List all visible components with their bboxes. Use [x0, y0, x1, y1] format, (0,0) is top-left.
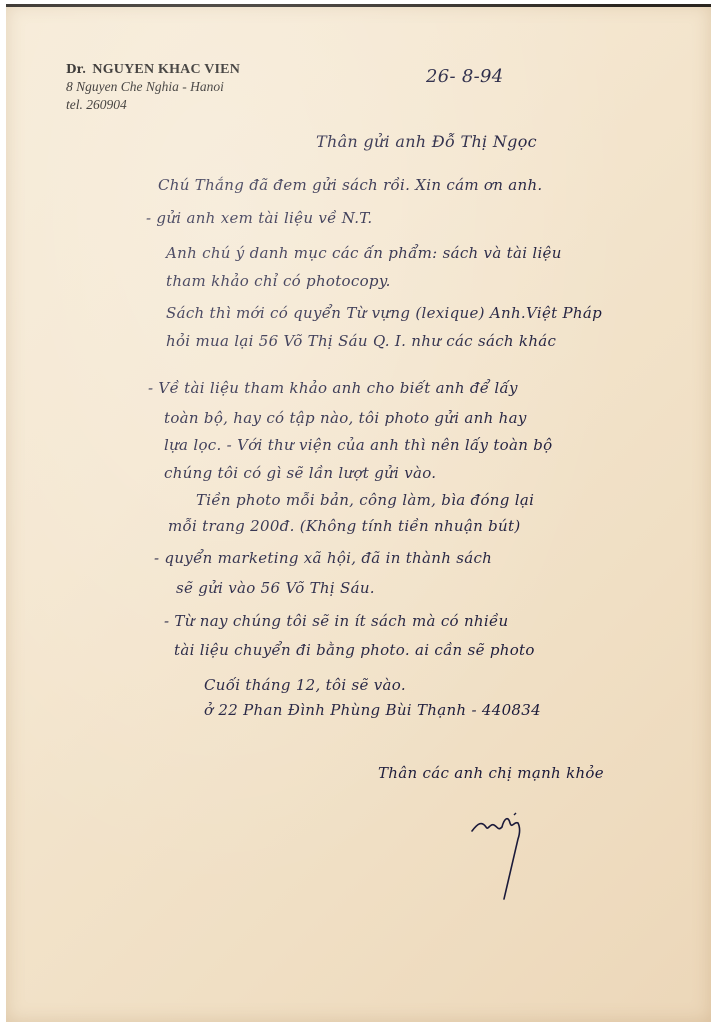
signature — [468, 809, 538, 904]
body-line: lựa lọc. - Với thư viện của anh thì nên … — [164, 436, 553, 454]
letterhead: Dr.NGUYEN KHAC VIEN 8 Nguyen Che Nghia -… — [66, 62, 240, 114]
author-name: NGUYEN KHAC VIEN — [92, 62, 240, 77]
letterhead-name: Dr.NGUYEN KHAC VIEN — [66, 62, 240, 78]
body-line: mỗi trang 200đ. (Không tính tiền nhuận b… — [168, 517, 520, 535]
letter-date: 26- 8-94 — [426, 66, 504, 87]
body-line: toàn bộ, hay có tập nào, tôi photo gửi a… — [164, 409, 527, 427]
body-line: - quyển marketing xã hội, đã in thành sá… — [154, 549, 492, 567]
body-line: Anh chú ý danh mục các ấn phẩm: sách và … — [166, 244, 562, 262]
salutation: Thân gửi anh Đỗ Thị Ngọc — [316, 132, 537, 151]
body-line: - Từ nay chúng tôi sẽ in ít sách mà có n… — [164, 612, 508, 630]
body-line: - Về tài liệu tham khảo anh cho biết anh… — [148, 379, 518, 397]
letterhead-address: 8 Nguyen Che Nghia - Hanoi — [66, 78, 240, 96]
body-line: hỏi mua lại 56 Võ Thị Sáu Q. I. như các … — [166, 332, 556, 350]
body-line: Chú Thắng đã đem gửi sách rồi. Xin cám ơ… — [158, 176, 543, 194]
body-line: tài liệu chuyển đi bằng photo. ai cần sẽ… — [174, 641, 535, 659]
body-line: - gửi anh xem tài liệu về N.T. — [146, 209, 372, 227]
body-line: ở 22 Phan Đình Phùng Bùi Thạnh - 440834 — [204, 701, 541, 719]
name-prefix: Dr. — [66, 62, 86, 76]
body-line: Sách thì mới có quyển Từ vựng (lexique) … — [166, 304, 602, 322]
body-line: tham khảo chỉ có photocopy. — [166, 272, 391, 290]
body-line: sẽ gửi vào 56 Võ Thị Sáu. — [176, 579, 375, 597]
body-line: Tiền photo mỗi bản, công làm, bìa đóng l… — [196, 491, 534, 509]
letter-paper: Dr.NGUYEN KHAC VIEN 8 Nguyen Che Nghia -… — [6, 4, 711, 1022]
closing-line: Thân các anh chị mạnh khỏe — [378, 764, 604, 782]
letterhead-phone: tel. 260904 — [66, 96, 240, 114]
body-line: Cuối tháng 12, tôi sẽ vào. — [204, 676, 406, 694]
body-line: chúng tôi có gì sẽ lần lượt gửi vào. — [164, 464, 436, 482]
